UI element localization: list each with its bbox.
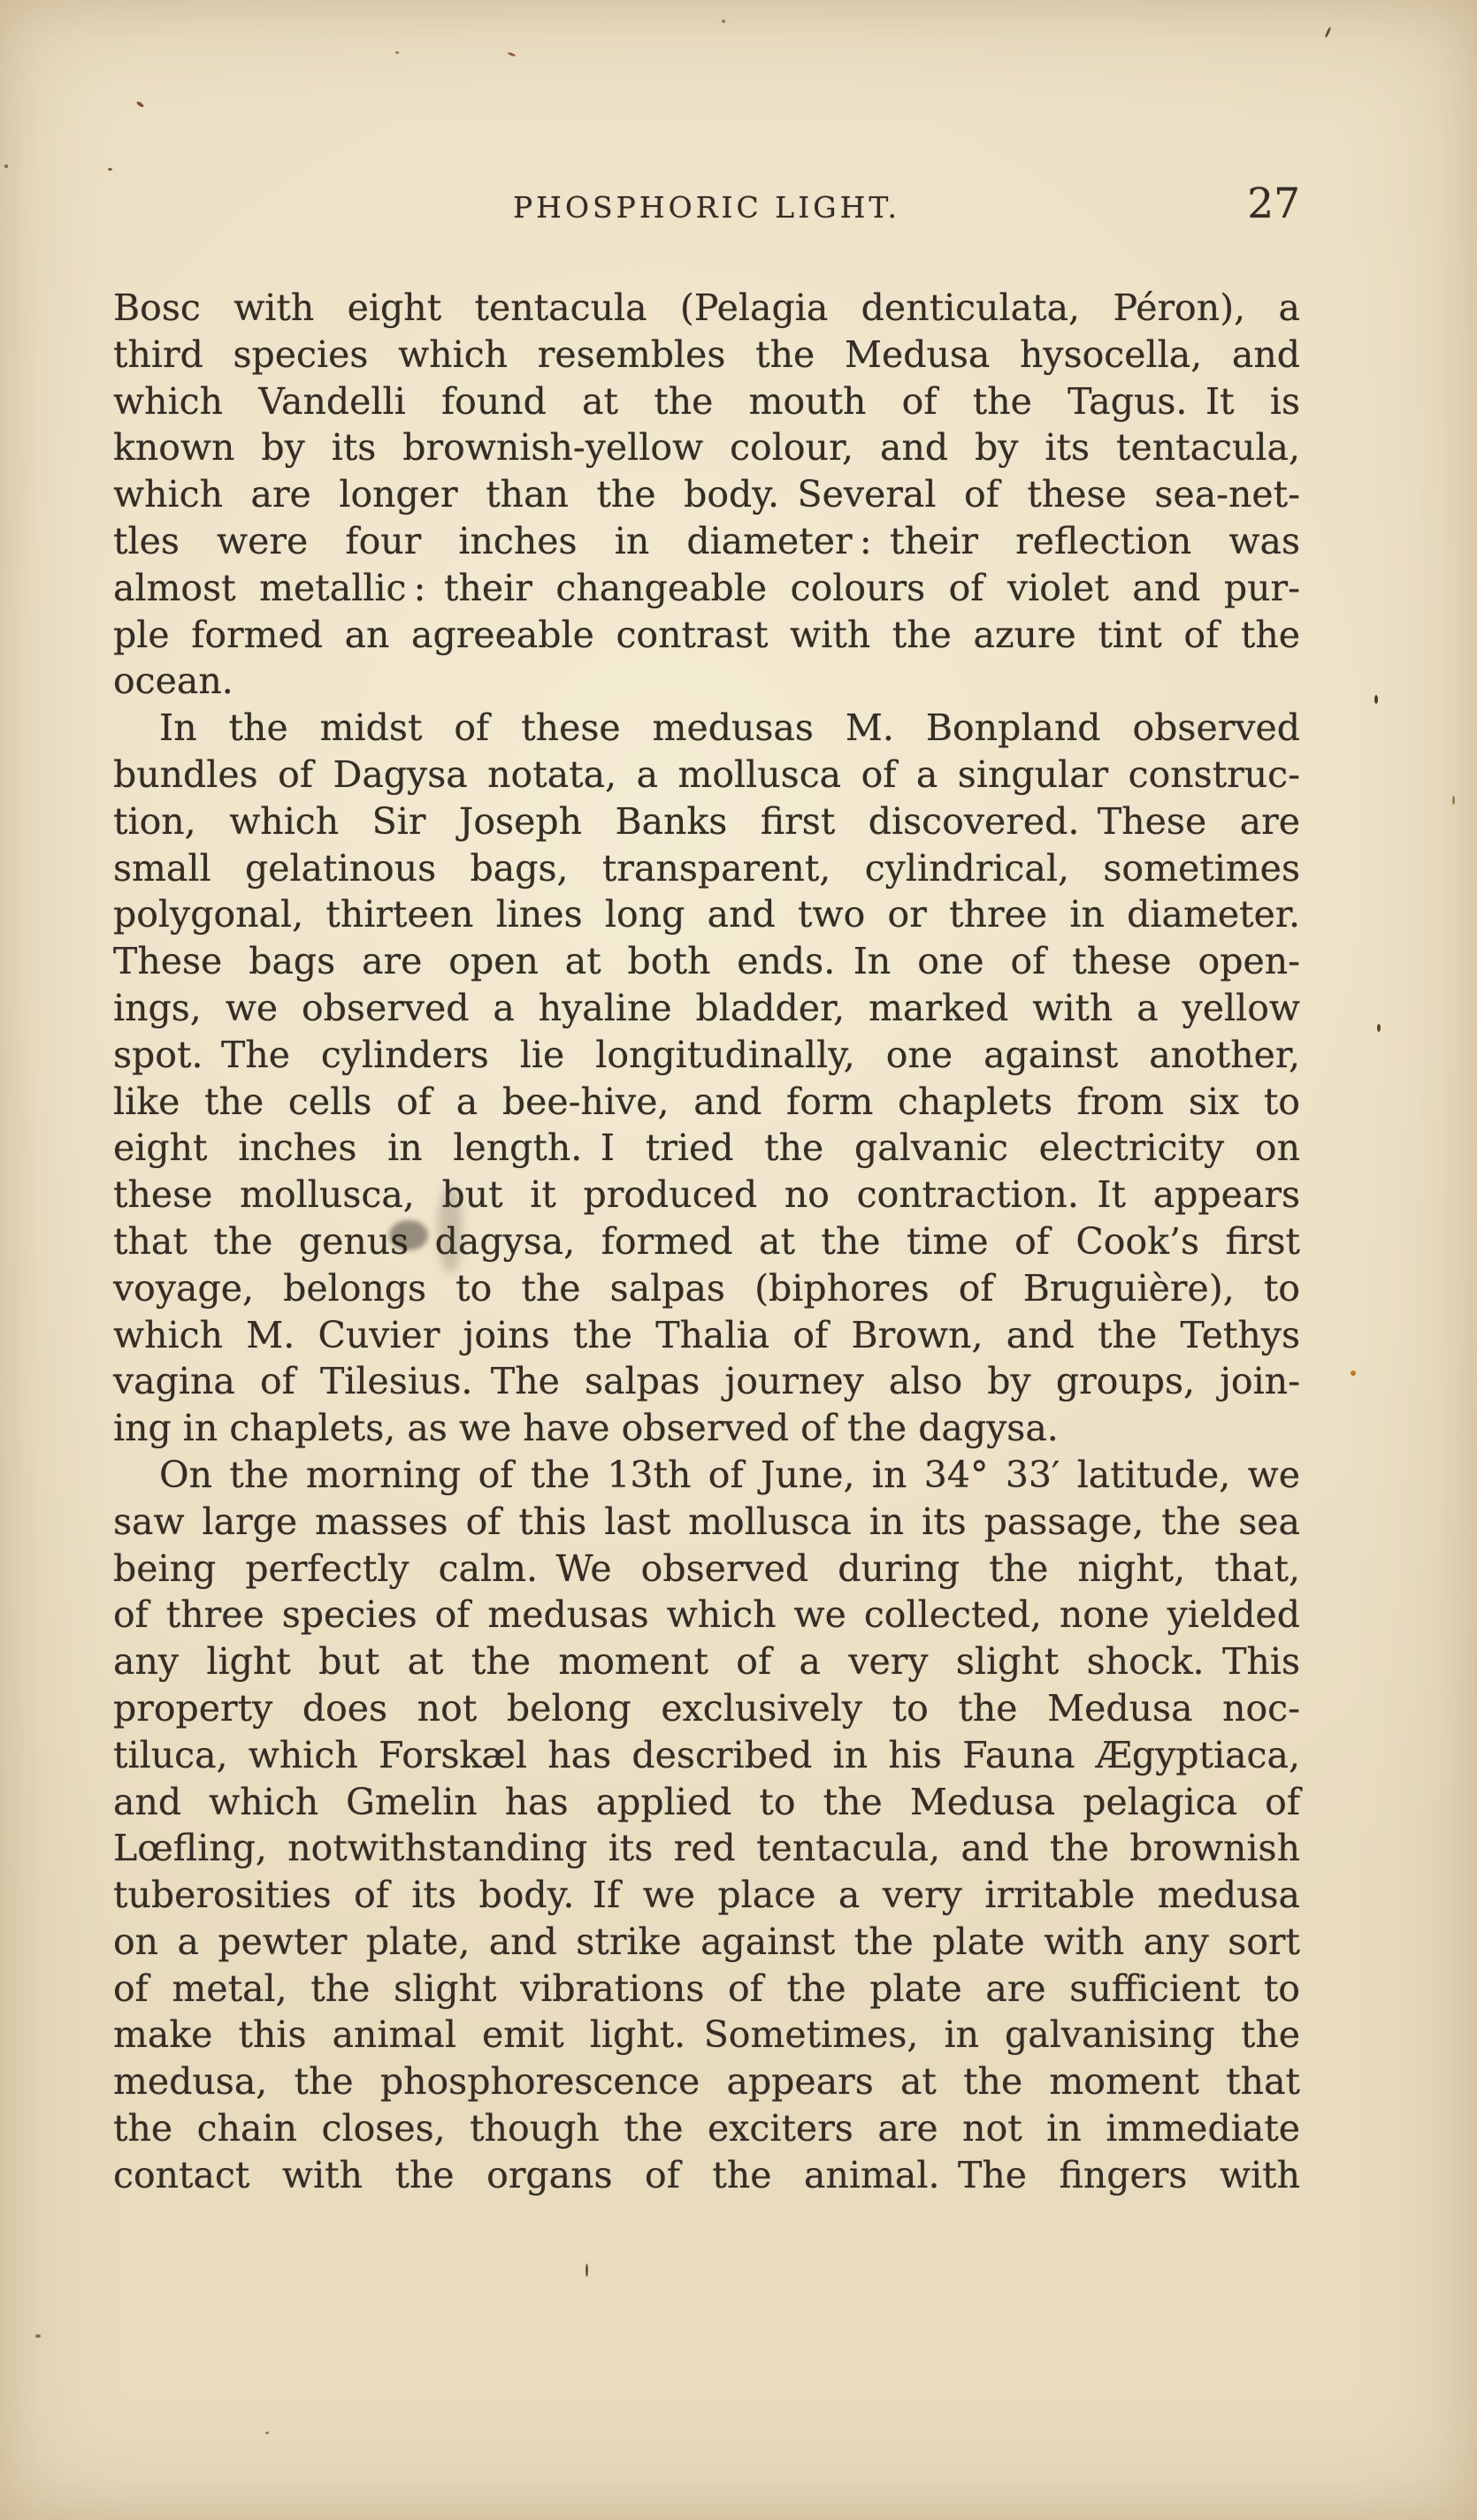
paper-speck (265, 2432, 269, 2434)
text-line: small gelatinous bags, transparent, cyli… (113, 845, 1300, 892)
text-line: ple formed an agreeable contrast with th… (113, 612, 1300, 659)
text-body: Bosc with eight tentacula (Pelagia denti… (113, 285, 1300, 2199)
paper-speck (585, 2264, 588, 2277)
text-line: property does not belong exclusively to … (113, 1685, 1300, 1732)
text-line: on a pewter plate, and strike against th… (113, 1919, 1300, 1966)
paper-speck (1351, 1371, 1356, 1376)
running-title: PHOSPHORIC LIGHT. (513, 190, 900, 225)
paper-speck (1452, 796, 1455, 805)
paper-speck (395, 51, 399, 54)
paper-speck (136, 101, 145, 108)
text-line: tles were four inches in diameter : thei… (113, 518, 1300, 565)
paragraph: On the morning of the 13th of June, in 3… (113, 1452, 1300, 2199)
text-line: the chain closes, though the exciters ar… (113, 2105, 1300, 2152)
page-number: 27 (1247, 179, 1300, 228)
text-line: saw large masses of this last mollusca i… (113, 1499, 1300, 1546)
text-line: like the cells of a bee-hive, and form c… (113, 1079, 1300, 1126)
paragraph: In the midst of these medusas M. Bonplan… (113, 705, 1300, 1452)
text-line: ings, we observed a hyaline bladder, mar… (113, 985, 1300, 1032)
paper-speck (722, 19, 725, 23)
ink-smudge (438, 1185, 463, 1273)
text-line: polygonal, thirteen lines long and two o… (113, 891, 1300, 938)
text-line: make this animal emit light. Sometimes, … (113, 2012, 1300, 2058)
text-line: bundles of Dagysa notata, a mollusca of … (113, 752, 1300, 798)
paragraph: Bosc with eight tentacula (Pelagia denti… (113, 285, 1300, 705)
text-line: of metal, the slight vibrations of the p… (113, 1966, 1300, 2012)
text-line: almost metallic : their changeable colou… (113, 565, 1300, 612)
text-line: On the morning of the 13th of June, in 3… (113, 1452, 1300, 1499)
text-line: vagina of Tilesius. The salpas journey a… (113, 1358, 1300, 1405)
text-line: any light but at the moment of a very sl… (113, 1638, 1300, 1685)
text-line: and which Gmelin has applied to the Medu… (113, 1779, 1300, 1826)
text-line: contact with the organs of the animal. T… (113, 2152, 1300, 2199)
paper-speck (508, 52, 516, 57)
text-line: ocean. (113, 658, 1300, 705)
paper-speck (1374, 695, 1378, 704)
text-line: voyage, belongs to the salpas (biphores … (113, 1265, 1300, 1312)
text-line: which Vandelli found at the mouth of the… (113, 378, 1300, 425)
text-line: ing in chaplets, as we have observed of … (113, 1405, 1300, 1452)
paper-speck (1324, 27, 1331, 38)
text-line: that the genus dagysa, formed at the tim… (113, 1218, 1300, 1265)
text-line: spot. The cylinders lie longitudinally, … (113, 1032, 1300, 1079)
paper-speck (108, 168, 112, 171)
text-line: tuberosities of its body. If we place a … (113, 1872, 1300, 1919)
text-line: These bags are open at both ends. In one… (113, 938, 1300, 985)
paper-speck (35, 2334, 41, 2338)
text-line: which M. Cuvier joins the Thalia of Brow… (113, 1312, 1300, 1359)
text-line: tion, which Sir Joseph Banks first disco… (113, 798, 1300, 845)
text-line: Bosc with eight tentacula (Pelagia denti… (113, 285, 1300, 332)
ink-smudge (389, 1220, 428, 1250)
text-line: Lœfling, notwithstanding its red tentacu… (113, 1825, 1300, 1872)
paper-speck (4, 164, 8, 168)
text-line: of three species of medusas which we col… (113, 1592, 1300, 1638)
text-line: which are longer than the body. Several … (113, 471, 1300, 518)
text-line: medusa, the phosphorescence appears at t… (113, 2058, 1300, 2105)
paper-speck (1377, 1024, 1381, 1032)
text-line: known by its brownish-yellow colour, and… (113, 424, 1300, 471)
text-line: eight inches in length. I tried the galv… (113, 1125, 1300, 1172)
book-page: PHOSPHORIC LIGHT. 27 Bosc with eight ten… (0, 0, 1477, 2520)
text-line: In the midst of these medusas M. Bonplan… (113, 705, 1300, 752)
text-line: these mollusca, but it produced no contr… (113, 1172, 1300, 1218)
text-line: being perfectly calm. We observed during… (113, 1546, 1300, 1592)
text-line: tiluca, which Forskæl has described in h… (113, 1732, 1300, 1779)
text-line: third species which resembles the Medusa… (113, 332, 1300, 378)
page-header: PHOSPHORIC LIGHT. 27 (113, 190, 1300, 243)
